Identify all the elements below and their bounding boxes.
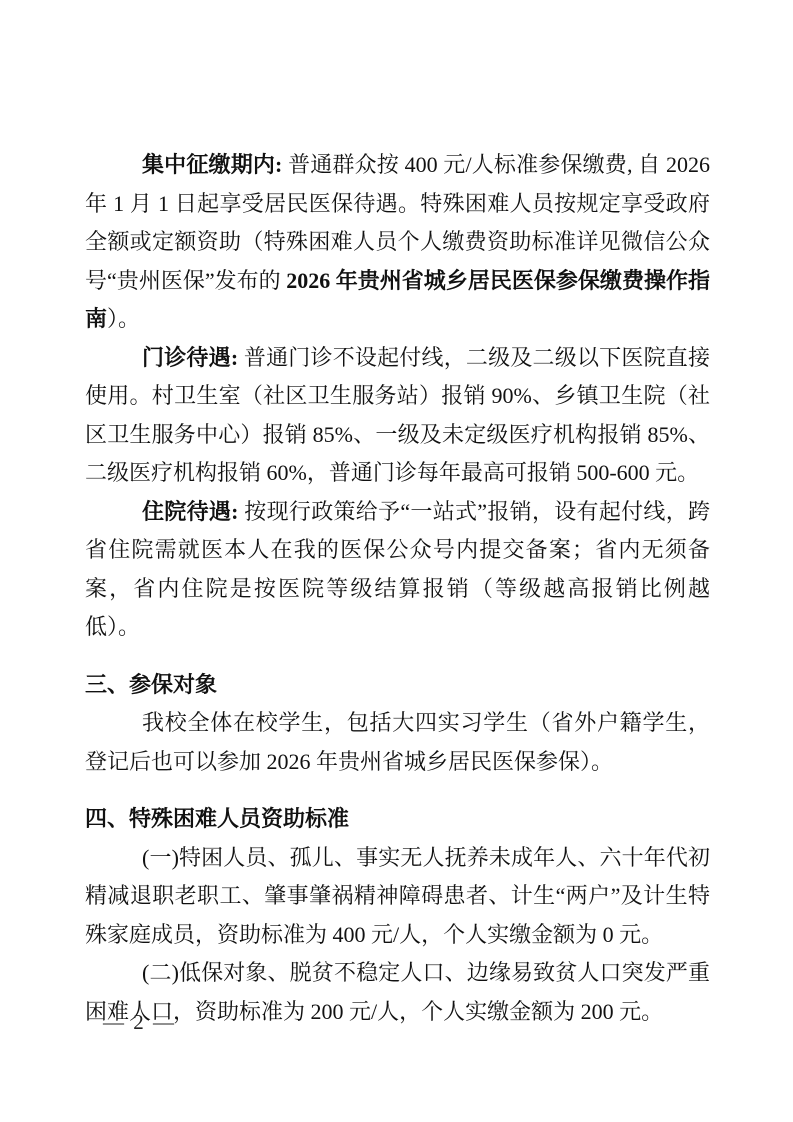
page-number: — 2 — [103, 1008, 176, 1036]
paragraph-collection-period: 集中征缴期内: 普通群众按 400 元/人标准参保缴费, 自 2026 年 1 … [85, 146, 710, 339]
paragraph-text: (二)低保对象、脱贫不稳定人口、边缘易致贫人口突发严重困难人口，资助标准为 20… [85, 960, 710, 1024]
paragraph-subsidy-item-1: (一)特困人员、孤儿、事实无人抚养未成年人、六十年代初精减退职老职工、肇事肇祸精… [85, 839, 710, 955]
paragraph-text: 我校全体在校学生，包括大四实习学生（省外户籍学生，登记后也可以参加 2026 年… [85, 710, 710, 774]
section-heading-enrollment-targets: 三、参保对象 [85, 666, 710, 705]
inline-label-outpatient: 门诊待遇: [142, 345, 238, 370]
inline-label-hospitalization: 住院待遇: [142, 499, 239, 524]
paragraph-outpatient-benefits: 门诊待遇: 普通门诊不设起付线，二级及二级以下医院直接使用。村卫生室（社区卫生服… [85, 339, 710, 493]
paragraph-enrollment-targets: 我校全体在校学生，包括大四实习学生（省外户籍学生，登记后也可以参加 2026 年… [85, 704, 710, 781]
inline-label-collection-period: 集中征缴期内: [142, 152, 282, 177]
paragraph-subsidy-item-2: (二)低保对象、脱贫不稳定人口、边缘易致贫人口突发严重困难人口，资助标准为 20… [85, 954, 710, 1031]
paragraph-hospitalization-benefits: 住院待遇: 按现行政策给予“一站式”报销，设有起付线，跨省住院需就医本人在我的医… [85, 493, 710, 647]
document-page: 集中征缴期内: 普通群众按 400 元/人标准参保缴费, 自 2026 年 1 … [0, 0, 793, 1122]
paragraph-text: (一)特困人员、孤儿、事实无人抚养未成年人、六十年代初精减退职老职工、肇事肇祸精… [85, 845, 710, 947]
paragraph-text: ）。 [107, 306, 140, 331]
document-body: 集中征缴期内: 普通群众按 400 元/人标准参保缴费, 自 2026 年 1 … [85, 146, 710, 1031]
section-heading-subsidy-standards: 四、特殊困难人员资助标准 [85, 800, 710, 839]
